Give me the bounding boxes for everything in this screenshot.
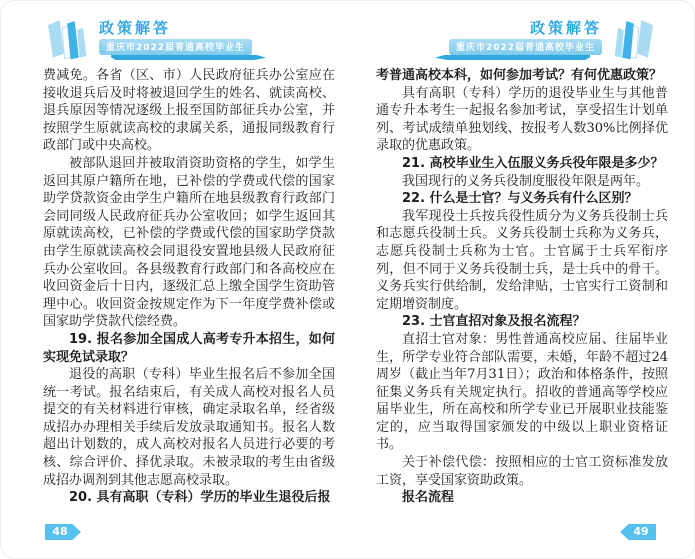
page-left-header: 政策解答 重庆市2022届普通高校毕业生 [43,15,258,62]
paragraph: 关于补偿代偿：按照相应的士官工资标准发放工资，享受国家资助政策。 [376,454,668,489]
question-heading: 20. 具有高职（专科）学历的毕业生退役后报 [43,489,335,507]
buildings-logo-icon [608,15,658,62]
paragraph: 被部队退回并被取消资助资格的学生，如学生返回其原户籍所在地，已补偿的学费或代偿的… [43,155,335,331]
banner-swoosh [435,55,590,60]
page-number-badge: 49 [620,524,656,540]
paragraph: 我国现行的义务兵役制度服役年限是两年。 [376,173,668,191]
page-number-badge: 48 [45,524,81,540]
question-heading: 19. 报名参加全国成人高考专升本招生，如何实现免试录取？ [43,331,335,366]
paragraph: 费减免。各省（区、市）人民政府征兵办公室应在接收退兵后及时将被退回学生的姓名、就… [43,67,335,155]
page-right-header: 政策解答 重庆市2022届普通高校毕业生 [443,15,658,62]
page-left: 政策解答 重庆市2022届普通高校毕业生 费减免。各省（区、市）人民政府征兵办公… [1,1,348,558]
header-subtitle: 重庆市2022届普通高校毕业生 [449,39,602,55]
page-right-text: 考普通高校本科，如何参加考试？有何优惠政策？ 具有高职（专科）学历的退役毕业生与… [376,67,668,507]
page-right: 政策解答 重庆市2022届普通高校毕业生 考普通高校本科，如何参加考试？有何优惠… [348,1,695,558]
paragraph: 退役的高职（专科）毕业生报名后不参加全国统一考试。报名结束后，有关成人高校对报名… [43,366,335,489]
buildings-logo-icon [43,15,93,62]
question-heading: 考普通高校本科，如何参加考试？有何优惠政策？ [376,67,668,85]
section-heading: 报名流程 [376,489,668,507]
header-title: 政策解答 [99,19,252,37]
header-banner: 重庆市2022届普通高校毕业生 [99,39,252,55]
banner-swoosh [111,55,266,60]
question-heading: 21. 高校毕业生入伍服义务兵役年限是多少？ [376,155,668,173]
header-subtitle: 重庆市2022届普通高校毕业生 [99,39,252,55]
question-heading: 23. 士官直招对象及报名流程？ [376,313,668,331]
page-left-text: 费减免。各省（区、市）人民政府征兵办公室应在接收退兵后及时将被退回学生的姓名、就… [43,67,335,507]
header-title: 政策解答 [530,19,602,37]
question-heading: 22. 什么是士官？与义务兵有什么区别？ [376,190,668,208]
paragraph: 我军现役士兵按兵役性质分为义务兵役制士兵和志愿兵役制士兵。义务兵役制士兵称为义务… [376,208,668,314]
paragraph: 直招士官对象：男性普通高校应届、往届毕业生，所学专业符合部队需要，未婚，年龄不超… [376,331,668,454]
booklet-spread: 政策解答 重庆市2022届普通高校毕业生 费减免。各省（区、市）人民政府征兵办公… [0,0,695,559]
header-banner: 重庆市2022届普通高校毕业生 [449,39,602,55]
paragraph: 具有高职（专科）学历的退役毕业生与其他普通专升本考生一起报名参加考试，享受招生计… [376,85,668,155]
